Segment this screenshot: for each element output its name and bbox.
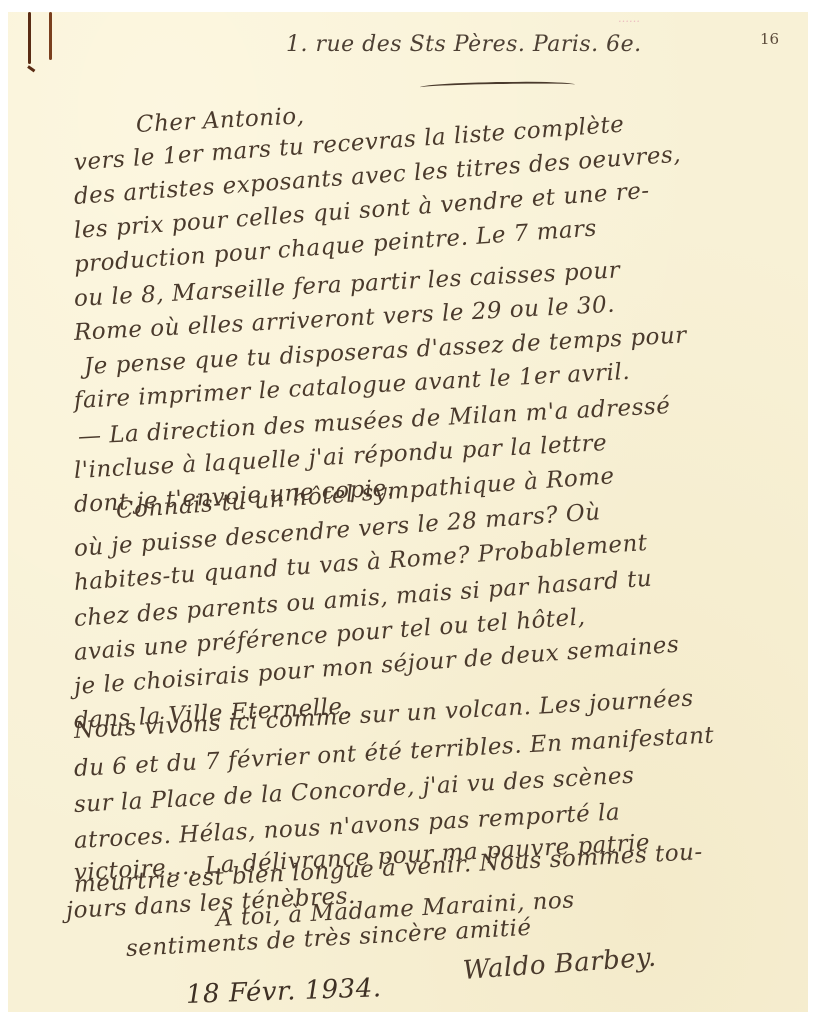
sender-address: 1. rue des Sts Pères. Paris. 6e.	[286, 32, 642, 57]
margin-mark	[28, 12, 31, 64]
letter-date: 18 Févr. 1934.	[185, 973, 382, 1010]
page-number: 16	[760, 30, 779, 48]
header-underline	[420, 81, 575, 92]
margin-mark	[49, 12, 52, 60]
salutation: Cher Antonio,	[135, 103, 305, 138]
pink-annotation: ……	[618, 12, 640, 25]
letter-page: …… 1. rue des Sts Pères. Paris. 6e. 16 C…	[8, 12, 808, 1012]
signature: Waldo Barbey.	[462, 943, 658, 986]
